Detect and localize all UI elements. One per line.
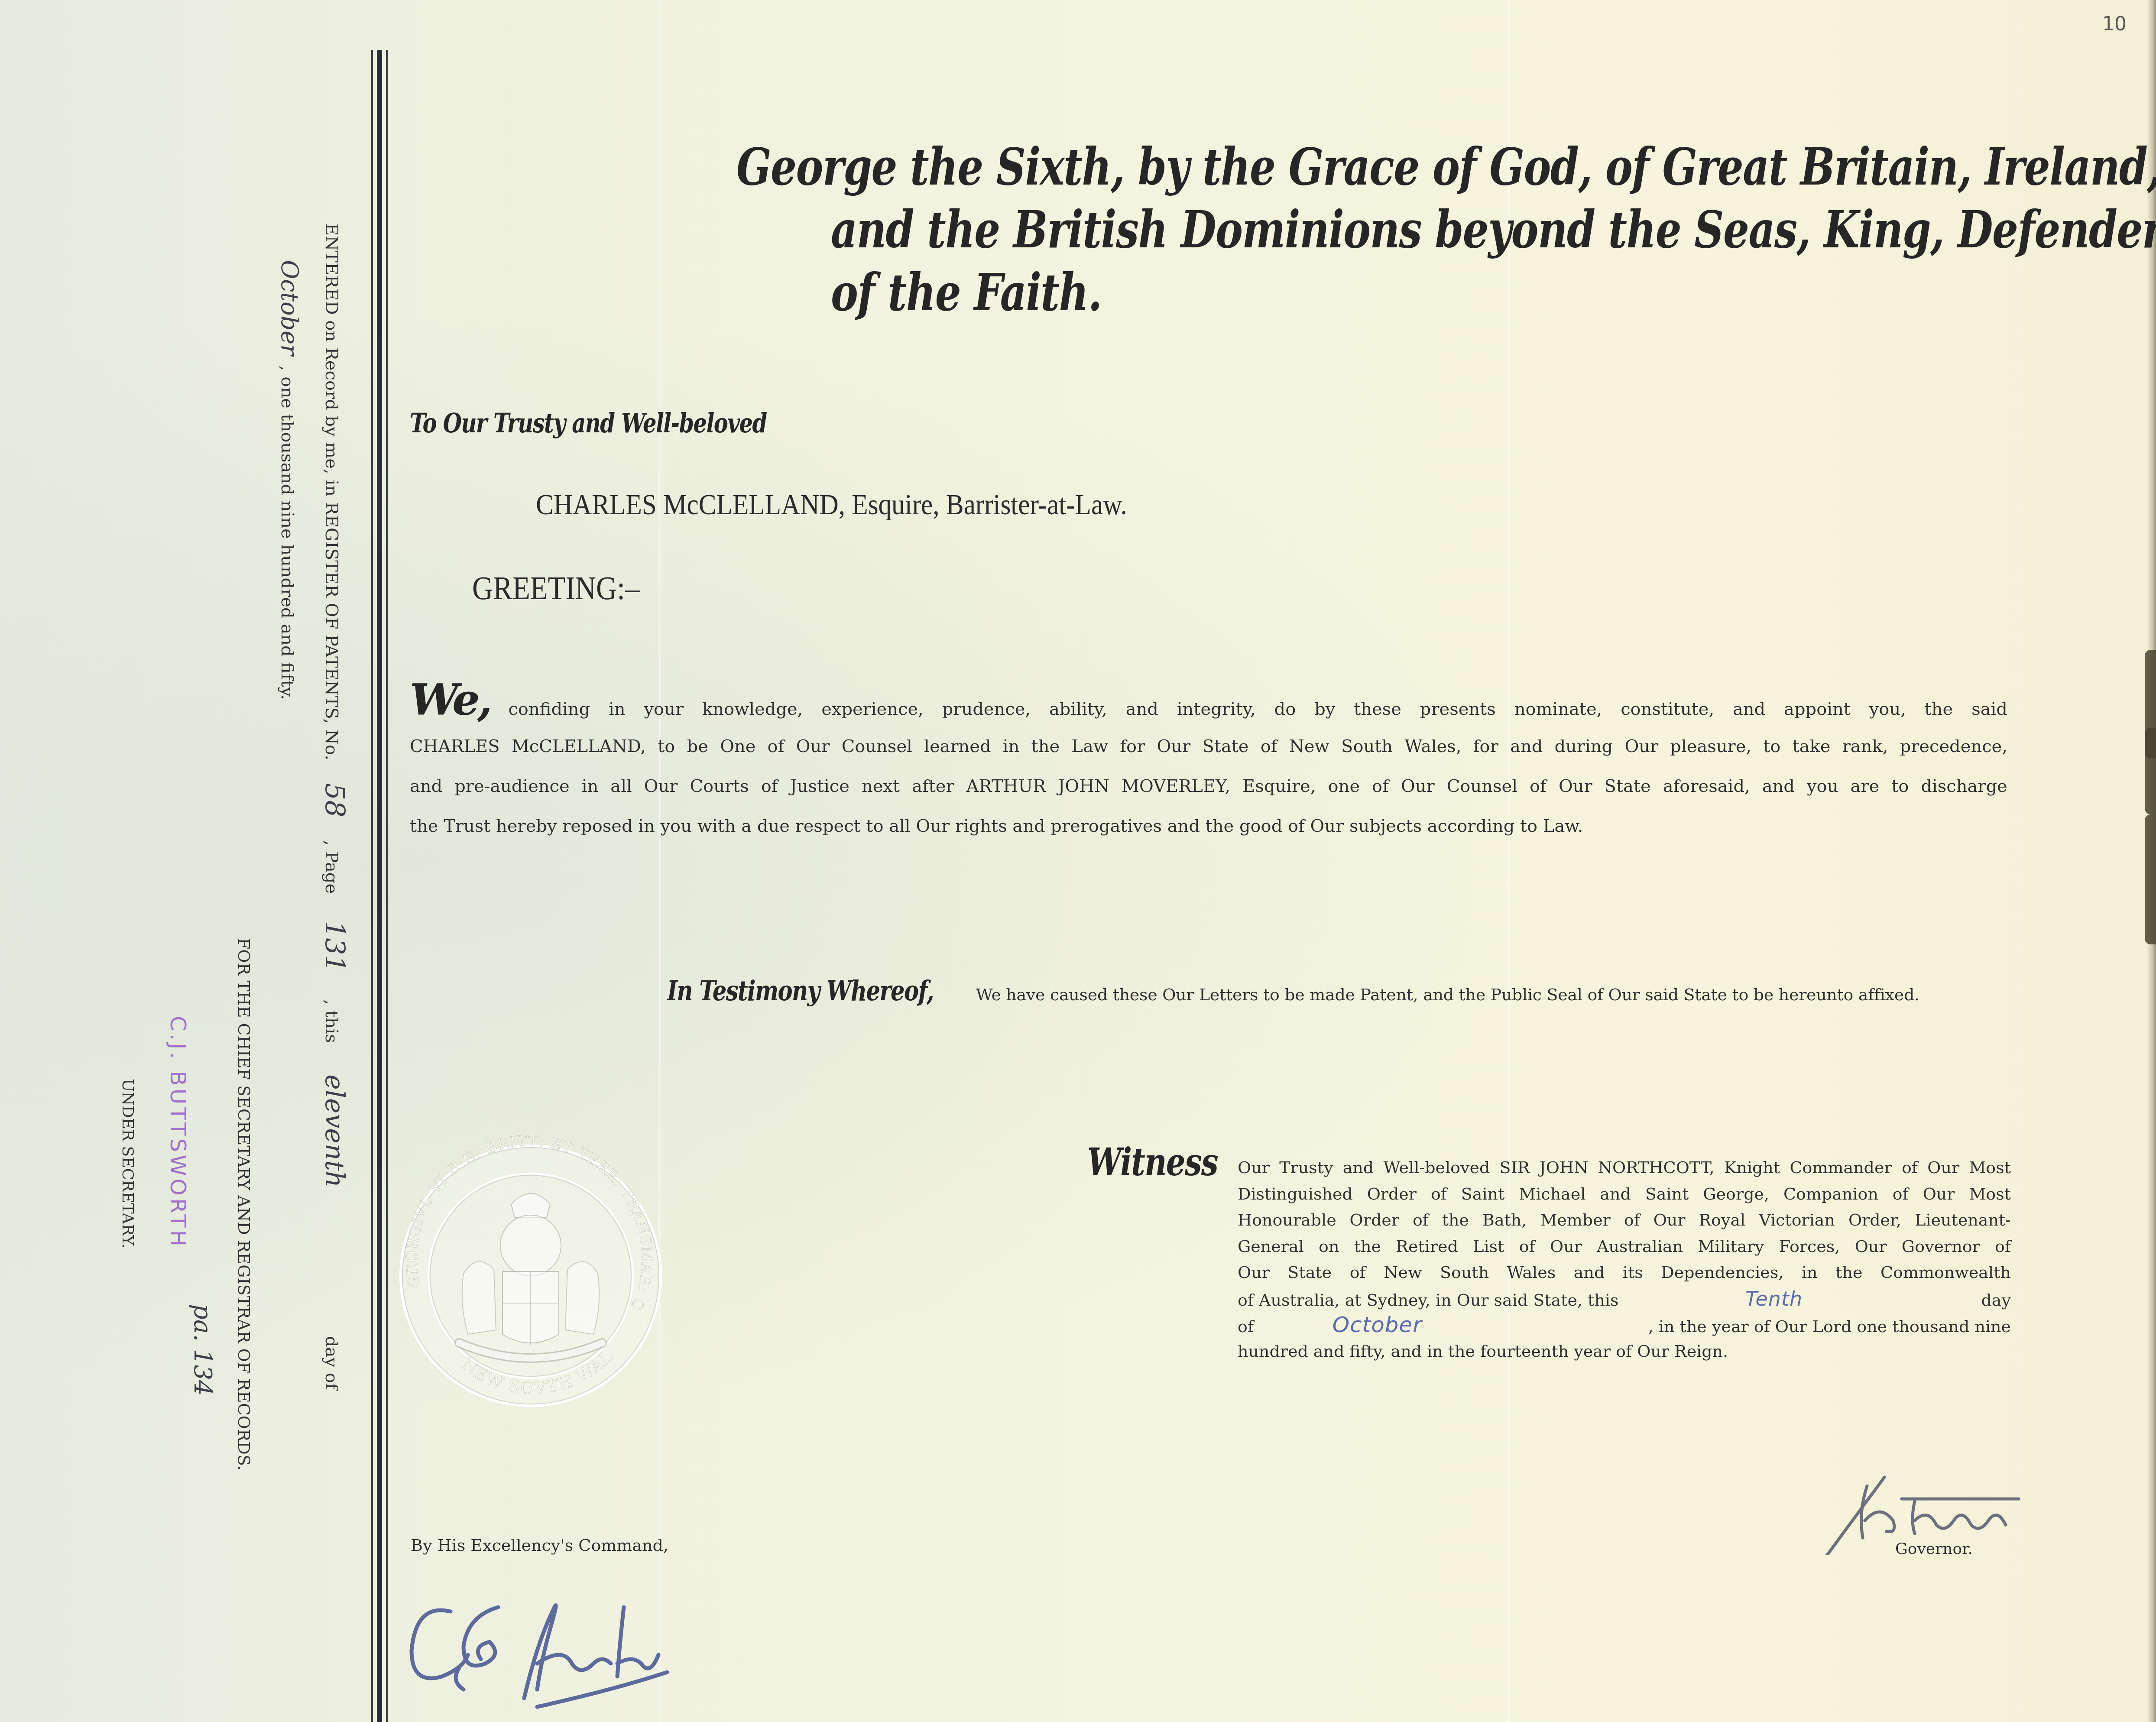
binding-tab xyxy=(2145,814,2156,944)
handwritten-initials: pa. 134 xyxy=(188,1304,217,1396)
word: during xyxy=(1554,726,1613,766)
word: appoint xyxy=(1784,689,1851,729)
word: next xyxy=(862,766,900,806)
word: its xyxy=(1623,1259,1643,1286)
word: the xyxy=(1925,689,1953,729)
witness-day-label: day xyxy=(1981,1287,2011,1313)
word: and xyxy=(410,766,442,806)
letters-patent-page: 10 George the Sixth, by the Grace of God… xyxy=(0,0,2156,1722)
word: Wales, xyxy=(1404,726,1461,766)
word: you, xyxy=(1869,689,1906,729)
word: Knight xyxy=(1724,1154,1780,1181)
appointment-paragraph: We, confidinginyourknowledge,experience,… xyxy=(410,687,2007,846)
word: Courts xyxy=(690,766,749,806)
register-entry-line: ENTERED on Record by me, in REGISTER OF … xyxy=(319,223,351,1390)
word: for xyxy=(1120,726,1145,766)
word: be xyxy=(687,726,708,766)
word: Victorian xyxy=(1759,1207,1835,1233)
word: Dependencies, xyxy=(1661,1259,1783,1286)
word: Wales xyxy=(1507,1259,1556,1286)
word: knowledge, xyxy=(702,689,803,729)
word: Michael xyxy=(1519,1181,1585,1207)
word: presents xyxy=(1420,689,1496,729)
word: Our xyxy=(1550,1233,1582,1260)
word: Counsel xyxy=(842,726,912,766)
word: of xyxy=(768,726,785,766)
word: your xyxy=(644,689,684,729)
register-year-text: , one thousand nine hundred and fifty. xyxy=(277,366,297,700)
word: SIR xyxy=(1500,1154,1530,1181)
word: you xyxy=(1807,766,1838,806)
word: Military xyxy=(1698,1233,1764,1260)
appointment-line-1: We, confidinginyourknowledge,experience,… xyxy=(410,687,2007,726)
word: Retired xyxy=(1396,1233,1458,1260)
witness-line: , in the year of Our Lord one thousand n… xyxy=(1648,1313,2011,1340)
appointment-text: the Trust hereby reposed in you with a d… xyxy=(410,806,1583,846)
word: Trusty xyxy=(1279,1154,1333,1181)
this-label: , this xyxy=(321,999,341,1043)
word: one xyxy=(1328,766,1360,806)
word: George, xyxy=(1703,1181,1769,1207)
word: Our xyxy=(1401,766,1435,806)
word: of xyxy=(1893,1181,1909,1207)
word: of xyxy=(1519,1233,1535,1260)
handwritten-month: October xyxy=(1333,1312,1422,1338)
word: all xyxy=(610,766,632,806)
word: Most xyxy=(1969,1154,2011,1181)
word: JOHN xyxy=(1058,766,1109,806)
word: ARTHUR xyxy=(966,766,1046,806)
word: and xyxy=(1762,766,1795,806)
witness-of-label: of xyxy=(1238,1313,1254,1340)
word: Distinguished xyxy=(1238,1181,1353,1207)
word: Justice xyxy=(790,766,849,806)
word: do xyxy=(1274,689,1296,729)
register-entry-text: ENTERED on Record by me, in REGISTER OF … xyxy=(321,223,341,760)
word: State xyxy=(1202,726,1248,766)
word: Our xyxy=(1855,1233,1887,1260)
word: Well-beloved xyxy=(1384,1154,1490,1181)
word: Lieutenant- xyxy=(1915,1207,2011,1233)
word: Order, xyxy=(1848,1207,1901,1233)
word: New xyxy=(1289,726,1329,766)
word: pleasure, xyxy=(1670,726,1751,766)
word: Saint xyxy=(1645,1181,1689,1207)
word: the xyxy=(1442,1207,1469,1233)
word: Our xyxy=(796,726,830,766)
word: the xyxy=(1354,1233,1381,1260)
word: Counsel xyxy=(1447,766,1517,806)
word: Our xyxy=(1559,766,1592,806)
word: and xyxy=(1733,689,1765,729)
word: Commander xyxy=(1790,1154,1892,1181)
word: Bath, xyxy=(1482,1207,1527,1233)
word: State xyxy=(1605,766,1651,806)
witness-paragraph: OurTrustyandWell-belovedSIRJOHNNORTHCOTT… xyxy=(1238,1154,2011,1364)
word: Order xyxy=(1367,1181,1417,1207)
testimony-clause: In Testimony Whereof, We have caused the… xyxy=(667,975,1919,1007)
word: in xyxy=(582,766,599,806)
chief-secretary-label: FOR THE CHIEF SECRETARY AND REGISTRAR OF… xyxy=(234,938,253,1471)
word: Our xyxy=(1653,1207,1686,1233)
word: rank, xyxy=(1842,726,1888,766)
word: Member xyxy=(1540,1207,1610,1233)
word: One xyxy=(720,726,755,766)
word: nominate, xyxy=(1514,689,1602,729)
word: Australian xyxy=(1597,1233,1683,1260)
word: experience, xyxy=(821,689,924,729)
minister-signature: C.E. Martin xyxy=(399,1577,810,1716)
lion-supporter-icon xyxy=(565,1262,599,1334)
word: confiding xyxy=(508,689,590,729)
word: and xyxy=(1510,726,1543,766)
page-label: , Page xyxy=(321,840,341,894)
buttsworth-stamp: C.J. BUTTSWORTH xyxy=(165,1016,191,1249)
word: on xyxy=(1319,1233,1339,1260)
heading-line-2: and the British Dominions beyond the Sea… xyxy=(831,199,2156,259)
appointment-line-3: andpre-audienceinallOurCourtsofJusticene… xyxy=(410,766,2007,806)
word: of xyxy=(1995,1233,2011,1260)
embossed-public-seal: GEORGIVS VI D:G: BRITT: ET TERR: TRANSMA… xyxy=(386,1131,680,1417)
word: of xyxy=(1372,766,1389,806)
word: Esquire, xyxy=(1242,766,1316,806)
address-to: To Our Trusty and Well-beloved xyxy=(410,407,767,439)
handwritten-page-no: 131 xyxy=(319,921,351,972)
word: and xyxy=(1126,689,1158,729)
word: and xyxy=(1343,1154,1374,1181)
word: Our xyxy=(1238,1259,1270,1286)
word: Our xyxy=(1157,726,1191,766)
word: of xyxy=(1530,766,1546,806)
command-label: By His Excellency's Command, xyxy=(411,1536,668,1555)
word: JOHN xyxy=(1540,1154,1589,1181)
word: Commonwealth xyxy=(1880,1259,2011,1286)
word: are xyxy=(1850,766,1879,806)
heading-line-3: of the Faith. xyxy=(831,262,1102,322)
word: in xyxy=(1802,1259,1818,1286)
word: in xyxy=(1003,726,1020,766)
under-secretary-label: UNDER SECRETARY. xyxy=(119,1079,136,1249)
word: aforesaid, xyxy=(1663,766,1750,806)
word: take xyxy=(1793,726,1831,766)
word: prudence, xyxy=(942,689,1031,729)
binding-tab xyxy=(2145,728,2156,814)
word: General xyxy=(1238,1233,1304,1260)
word: and xyxy=(1574,1259,1605,1286)
word: after xyxy=(912,766,954,806)
handwritten-register-no: 58 xyxy=(319,783,351,817)
we-initial: We, xyxy=(410,687,490,713)
word: Our xyxy=(644,766,678,806)
page-number: 10 xyxy=(2102,13,2127,35)
handwritten-month: October xyxy=(276,260,303,356)
testimony-lead: In Testimony Whereof, xyxy=(667,975,934,1007)
word: discharge xyxy=(1921,766,2007,806)
paper-fold xyxy=(658,0,661,1722)
witness-line: hundred and fifty, and in the fourteenth… xyxy=(1238,1338,1728,1365)
word: of xyxy=(761,766,778,806)
word: Order xyxy=(1350,1207,1399,1233)
word: NORTHCOTT, xyxy=(1598,1154,1715,1181)
word: McCLELLAND, xyxy=(512,726,646,766)
word: said xyxy=(1971,689,2007,729)
margin-rule xyxy=(371,50,373,1722)
word: in xyxy=(609,689,626,729)
word: learned xyxy=(924,726,991,766)
word: Our xyxy=(1624,726,1658,766)
witness-line: of Australia, at Sydney, in Our said Sta… xyxy=(1238,1287,1619,1313)
appointment-line-2: CHARLESMcCLELLAND,tobeOneofOurCounsellea… xyxy=(410,726,2007,766)
testimony-text: We have caused these Our Letters to be m… xyxy=(976,985,1919,1004)
word: Most xyxy=(1969,1181,2011,1207)
word: to xyxy=(1763,726,1780,766)
word: South xyxy=(1341,726,1393,766)
word: the xyxy=(1031,726,1060,766)
word: precedence, xyxy=(1900,726,2007,766)
word: Honourable xyxy=(1238,1207,1336,1233)
governor-label: Governor. xyxy=(1895,1540,1973,1558)
word: Our xyxy=(1927,1154,1959,1181)
margin-rule xyxy=(377,50,382,1722)
word: of xyxy=(1431,1181,1447,1207)
word: New xyxy=(1384,1259,1422,1286)
word: integrity, xyxy=(1177,689,1256,729)
word: of xyxy=(1624,1207,1640,1233)
word: and xyxy=(1600,1181,1631,1207)
word: Forces, xyxy=(1779,1233,1840,1260)
word: Our xyxy=(1923,1181,1955,1207)
word: of xyxy=(1902,1154,1918,1181)
word: CHARLES xyxy=(410,726,500,766)
handwritten-day: eleventh xyxy=(319,1074,350,1187)
word: these xyxy=(1354,689,1401,729)
word: for xyxy=(1473,726,1498,766)
word: constitute, xyxy=(1621,689,1714,729)
word: of xyxy=(1413,1207,1429,1233)
word: to xyxy=(658,726,675,766)
word: Saint xyxy=(1461,1181,1505,1207)
word: pre-audience xyxy=(454,766,569,806)
word: by xyxy=(1314,689,1335,729)
day-of-label: day of xyxy=(321,1336,341,1390)
word: South xyxy=(1440,1259,1489,1286)
word: MOVERLEY, xyxy=(1122,766,1230,806)
word: State xyxy=(1287,1259,1332,1286)
word: ability, xyxy=(1049,689,1107,729)
word: of xyxy=(1350,1259,1366,1286)
greeting: GREETING:– xyxy=(472,570,639,607)
appointment-line-4: the Trust hereby reposed in you with a d… xyxy=(410,806,2007,846)
word: Royal xyxy=(1699,1207,1745,1233)
register-month-line: October , one thousand nine hundred and … xyxy=(276,260,303,700)
margin-rule xyxy=(386,50,388,1722)
word: Companion xyxy=(1783,1181,1878,1207)
word: List xyxy=(1473,1233,1504,1260)
word: Governor xyxy=(1902,1233,1980,1260)
word: of xyxy=(1261,726,1277,766)
word: the xyxy=(1835,1259,1862,1286)
handwritten-day: Tenth xyxy=(1745,1286,1803,1312)
word: to xyxy=(1891,766,1909,806)
heading-line-1: George the Sixth, by the Grace of God, o… xyxy=(736,136,2156,197)
witness-lead: Witness xyxy=(1087,1139,1218,1184)
word: Our xyxy=(1238,1154,1270,1181)
word: Law xyxy=(1071,726,1108,766)
lion-supporter-icon xyxy=(462,1262,496,1334)
recipient-name: CHARLES McCLELLAND, Esquire, Barrister-a… xyxy=(536,487,1127,522)
